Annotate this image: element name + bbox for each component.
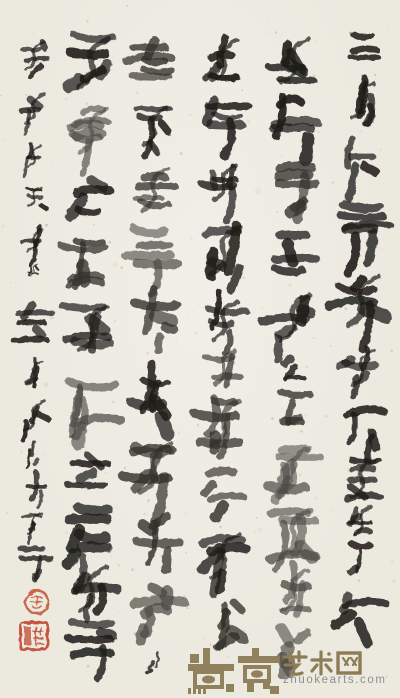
brush-stroke [149,662,153,669]
brush-stroke [148,671,152,673]
brush-stroke [19,322,44,323]
paper-speckle [0,95,2,97]
brush-stroke [68,485,106,486]
artist-seal-square [21,623,48,650]
calligraphy-character [204,351,240,386]
paper-speckle [44,382,49,387]
paper-speckle [192,310,194,312]
paper-speckle [185,552,187,554]
calligraphy-character [132,363,168,434]
paper-speckle [30,689,32,691]
brush-stroke [351,543,370,547]
paper-speckle [111,556,112,557]
brush-stroke [215,376,240,378]
calligraphy-character [62,305,110,350]
paper-speckle [267,20,269,22]
calligraphy-character [134,587,183,641]
calligraphy-character [68,455,108,486]
brush-stroke [368,232,374,262]
brush-stroke [18,312,52,313]
calligraphy-scroll: zhuokearts.com [0,0,400,698]
brush-stroke [76,241,103,244]
brush-stroke [353,34,371,37]
paper-speckle [60,283,61,284]
calligraphy-character [22,226,42,265]
calligraphy-character [347,460,380,500]
brush-stroke [77,209,98,213]
calligraphy-character [275,235,316,272]
paper-speckle [126,5,128,7]
paper-speckle [188,315,189,316]
paper-speckle [243,276,246,279]
brush-stroke [349,166,355,198]
calligraphy-column [262,39,321,675]
brush-stroke [135,303,176,307]
paper-speckle [313,337,315,339]
calligraphy-character [135,290,176,351]
paper-speckle [25,93,27,95]
brush-stroke [275,258,316,260]
paper-speckle [159,471,161,473]
paper-speckle [134,632,137,635]
brush-stroke [364,166,375,172]
brush-stroke [36,267,38,270]
brush-stroke [155,652,158,666]
paper-speckle [37,61,38,62]
calligraphy-column [61,34,122,679]
brush-stroke [139,245,170,246]
brush-stroke [211,321,232,325]
brush-stroke [350,57,378,58]
brush-stroke [101,632,113,635]
paper-speckle [317,515,319,517]
paper-speckle [87,665,90,668]
paper-speckle [146,352,148,354]
paper-speckle [217,371,218,372]
paper-speckle [178,311,180,313]
brush-stroke [34,460,37,464]
paper-speckle [345,307,348,310]
paper-speckle [65,532,68,535]
calligraphy-character [335,597,386,643]
paper-speckle [92,423,94,425]
paper-speckle [318,131,320,133]
brush-stroke [210,495,244,499]
paper-speckle [152,282,153,283]
brush-stroke [143,69,172,72]
calligraphy-character [207,38,238,81]
brush-stroke [280,166,312,168]
paper-speckle [162,40,165,43]
paper-speckle [396,281,397,282]
brush-stroke [349,522,371,523]
paper-speckle [267,32,268,33]
paper-speckle [300,430,303,433]
paper-speckle [118,611,120,613]
brush-stroke [275,268,302,272]
calligraphy-character [209,291,246,353]
calligraphy-character [329,277,385,349]
calligraphy-canvas [0,0,400,698]
calligraphy-character [207,101,249,156]
calligraphy-character [61,241,106,287]
brush-stroke [353,49,376,52]
brush-stroke [76,587,118,591]
brush-stroke [39,414,48,418]
calligraphy-character [205,471,245,517]
calligraphy-character [195,399,240,458]
calligraphy-character [148,652,159,672]
brush-stroke [205,484,213,493]
paper-speckle [135,92,137,94]
paper-speckle [305,18,306,19]
brush-stroke [72,463,108,464]
brush-stroke [214,179,236,180]
brush-stroke [29,266,31,275]
brush-stroke [234,602,242,610]
brush-stroke [152,587,162,593]
paper-speckle [21,451,23,453]
calligraphy-column [14,42,52,579]
calligraphy-character [340,204,391,273]
brush-stroke [305,138,309,160]
calligraphy-character [123,444,173,523]
calligraphy-character [349,507,371,535]
paper-speckle [152,421,153,422]
zhuoke-logo [188,648,360,694]
paper-speckle [374,74,376,76]
brush-stroke [26,58,49,60]
brush-stroke [278,457,320,458]
calligraphy-character [27,442,38,468]
calligraphy-character [71,180,111,217]
calligraphy-character [273,97,317,160]
brush-stroke [35,572,40,578]
calligraphy-character [20,548,52,579]
brush-stroke [166,551,167,571]
paper-speckle [1,225,4,228]
paper-speckle [260,204,261,205]
calligraphy-character [23,513,41,544]
paper-speckle [143,513,146,516]
paper-speckle [275,31,277,33]
paper-speckle [112,401,115,404]
brush-stroke [353,377,357,397]
brush-stroke [14,339,47,340]
calligraphy-column [195,38,249,647]
paper-speckle [255,188,261,194]
brush-stroke [155,316,172,321]
paper-speckle [380,149,382,151]
calligraphy-character [24,144,41,177]
brush-stroke [225,331,230,353]
brush-stroke [276,524,286,570]
watermark-domain-text: zhuokearts.com [283,674,387,686]
seal-mark [24,627,31,646]
paper-speckle [111,554,112,555]
calligraphy-character [68,507,108,564]
paper-speckle [387,27,388,28]
paper-speckle [178,432,180,434]
brush-stroke [132,402,162,406]
paper-speckle [120,266,123,269]
calligraphy-character [281,392,310,424]
calligraphy-character [127,41,172,77]
paper-speckles [0,5,400,691]
calligraphy-column [329,34,391,643]
brush-stroke [262,317,307,321]
paper-speckle [10,282,11,283]
calligraphy-character [69,34,113,87]
paper-speckle [199,288,200,289]
calligraphy-character [262,295,311,360]
paper-speckle [136,421,137,422]
brush-stroke [28,272,37,273]
brush-stroke [161,417,167,434]
brush-stroke [36,329,42,335]
paper-speckle [314,496,318,500]
brush-stroke [165,327,173,329]
paper-speckle [123,467,126,470]
paper-speckle [258,527,262,531]
brush-stroke [348,236,356,274]
brush-stroke [282,629,289,642]
paper-speckle [180,152,183,155]
paper-speckle [68,443,69,444]
paper-speckle [51,164,52,165]
calligraphy-character [14,304,52,340]
calligraphy-character [28,358,42,386]
brush-stroke [215,506,224,518]
brush-stroke [38,491,42,507]
calligraphy-character [268,448,321,499]
paper-speckle [332,510,333,511]
calligraphy-character [347,409,384,461]
paper-speckle [227,656,230,659]
paper-speckle [391,176,392,177]
calligraphy-character [283,563,309,615]
brush-stroke [340,215,383,217]
brush-stroke [138,186,175,187]
brush-stroke [280,235,306,236]
artist-seals [21,591,49,650]
paper-speckle [391,561,393,563]
paper-speckle [329,345,331,347]
paper-speckle [66,369,67,370]
brush-stroke [343,204,379,208]
brush-stroke [359,623,368,644]
paper-speckle [332,182,334,184]
brush-stroke [281,392,310,396]
paper-speckle [45,224,48,227]
paper-speckle [378,522,379,523]
paper-speckle [299,474,301,476]
paper-speckle [190,238,192,240]
brush-stroke [345,601,386,605]
brush-stroke [214,114,240,119]
paper-speckle [312,75,315,78]
brush-stroke [32,442,34,455]
paper-speckle [190,236,191,237]
paper-speckle [86,20,88,22]
brush-stroke [270,554,315,559]
brush-stroke [68,553,76,564]
brush-stroke [69,518,107,519]
paper-speckle [324,269,326,271]
brush-stroke [350,568,356,571]
calligraphy-character [352,78,374,124]
calligraphy-character [23,401,47,440]
brush-stroke [80,473,93,479]
calligraphy-character [350,543,369,571]
paper-speckle [108,241,111,244]
paper-speckle [105,472,107,474]
brush-stroke [69,382,115,388]
brush-stroke [210,125,241,126]
brush-stroke [199,442,239,443]
paper-speckle [338,307,340,309]
paper-speckle [196,91,197,92]
calligraphy-character [202,165,236,221]
brush-stroke [227,189,233,222]
paper-speckle [115,85,116,86]
paper-speckle [363,449,364,450]
calligraphy-character [268,39,313,83]
paper-speckle [203,639,205,641]
paper-speckle [214,676,215,677]
brush-stroke [273,127,311,128]
paper-speckle [131,568,134,571]
calligraphy-character [350,34,378,58]
paper-speckle [382,248,383,249]
paper-speckle [288,284,291,287]
paper-speckle [65,98,68,101]
paper-speckle [4,140,5,141]
paper-speckle [186,607,188,609]
paper-speckle [306,366,309,369]
paper-speckle [176,337,177,338]
logo-zhuo-ke-glyphs [188,648,280,694]
paper-speckle [3,447,4,448]
seal-mark [33,606,41,608]
paper-speckle [276,211,278,213]
calligraphy-character [136,108,170,156]
paper-speckle [189,113,191,115]
paper-speckle [6,512,8,514]
brush-stroke [158,336,159,350]
brush-stroke [82,547,107,548]
calligraphy-character [76,556,118,620]
paper-speckle [325,415,328,418]
paper-speckle [33,33,34,34]
paper-speckle [391,350,393,352]
brush-stroke [301,309,311,313]
calligraphy-character [136,169,175,211]
brush-stroke [278,339,279,360]
brush-stroke [268,67,303,69]
brush-stroke [144,59,165,62]
paper-speckle [358,579,361,582]
paper-speckle [161,579,162,580]
brush-stroke [62,305,104,308]
paper-speckle [147,499,150,502]
calligraphy-character [23,42,49,77]
brush-stroke [138,542,180,544]
paper-speckle [331,112,332,113]
brush-stroke [126,255,171,256]
paper-speckle [345,76,346,77]
paper-speckle [281,155,283,157]
paper-speckle [40,522,41,523]
brush-stroke [286,377,305,380]
paper-speckle [360,130,362,132]
paper-speckle [251,419,252,420]
brush-stroke [72,622,112,625]
calligraphy-character [203,534,247,595]
calligraphy-character [27,187,48,210]
brush-stroke [79,534,105,540]
paper-speckle [184,595,186,597]
paper-speckle [305,414,307,416]
paper-speckle [86,103,88,105]
calligraphy-character [339,349,375,397]
paper-speckle [209,644,211,646]
brush-stroke [298,632,308,640]
brush-stroke [133,228,164,233]
paper-speckle [118,564,120,566]
paper-speckle [282,408,283,409]
calligraphy-character [28,473,46,508]
brush-stroke [279,184,316,185]
brush-stroke [202,184,234,188]
paper-speckle [256,517,258,519]
paper-speckle [262,308,263,309]
brush-stroke [132,76,169,77]
brush-stroke [349,415,355,443]
paper-speckle [246,119,250,123]
brush-stroke [347,139,352,167]
calligraphy-character [279,166,316,219]
brush-stroke [27,450,30,468]
paper-speckle [241,90,243,92]
paper-speckle [93,224,95,226]
paper-speckle [112,262,118,268]
brush-stroke [335,615,352,626]
calligraphy-character [218,602,243,646]
paper-speckle [26,471,27,472]
artist-seal-round [26,591,49,614]
brush-stroke [285,359,291,364]
calligraphy-character [68,622,112,679]
brush-stroke [143,525,152,531]
paper-speckle [42,454,44,456]
calligraphy-character [138,516,180,570]
paper-speckle [219,526,221,528]
brush-stroke [40,205,47,210]
paper-speckle [271,417,274,420]
brush-stroke [219,573,223,590]
paper-speckle [254,532,256,534]
calligraphy-character [347,139,375,198]
calligraphy-character [206,226,240,290]
calligraphy-character [285,359,304,380]
paper-speckle [392,579,396,583]
calligraphy-character [71,109,108,174]
paper-speckle [114,320,117,323]
brush-stroke [31,66,41,77]
brush-stroke [22,241,40,243]
paper-speckle [282,355,286,359]
